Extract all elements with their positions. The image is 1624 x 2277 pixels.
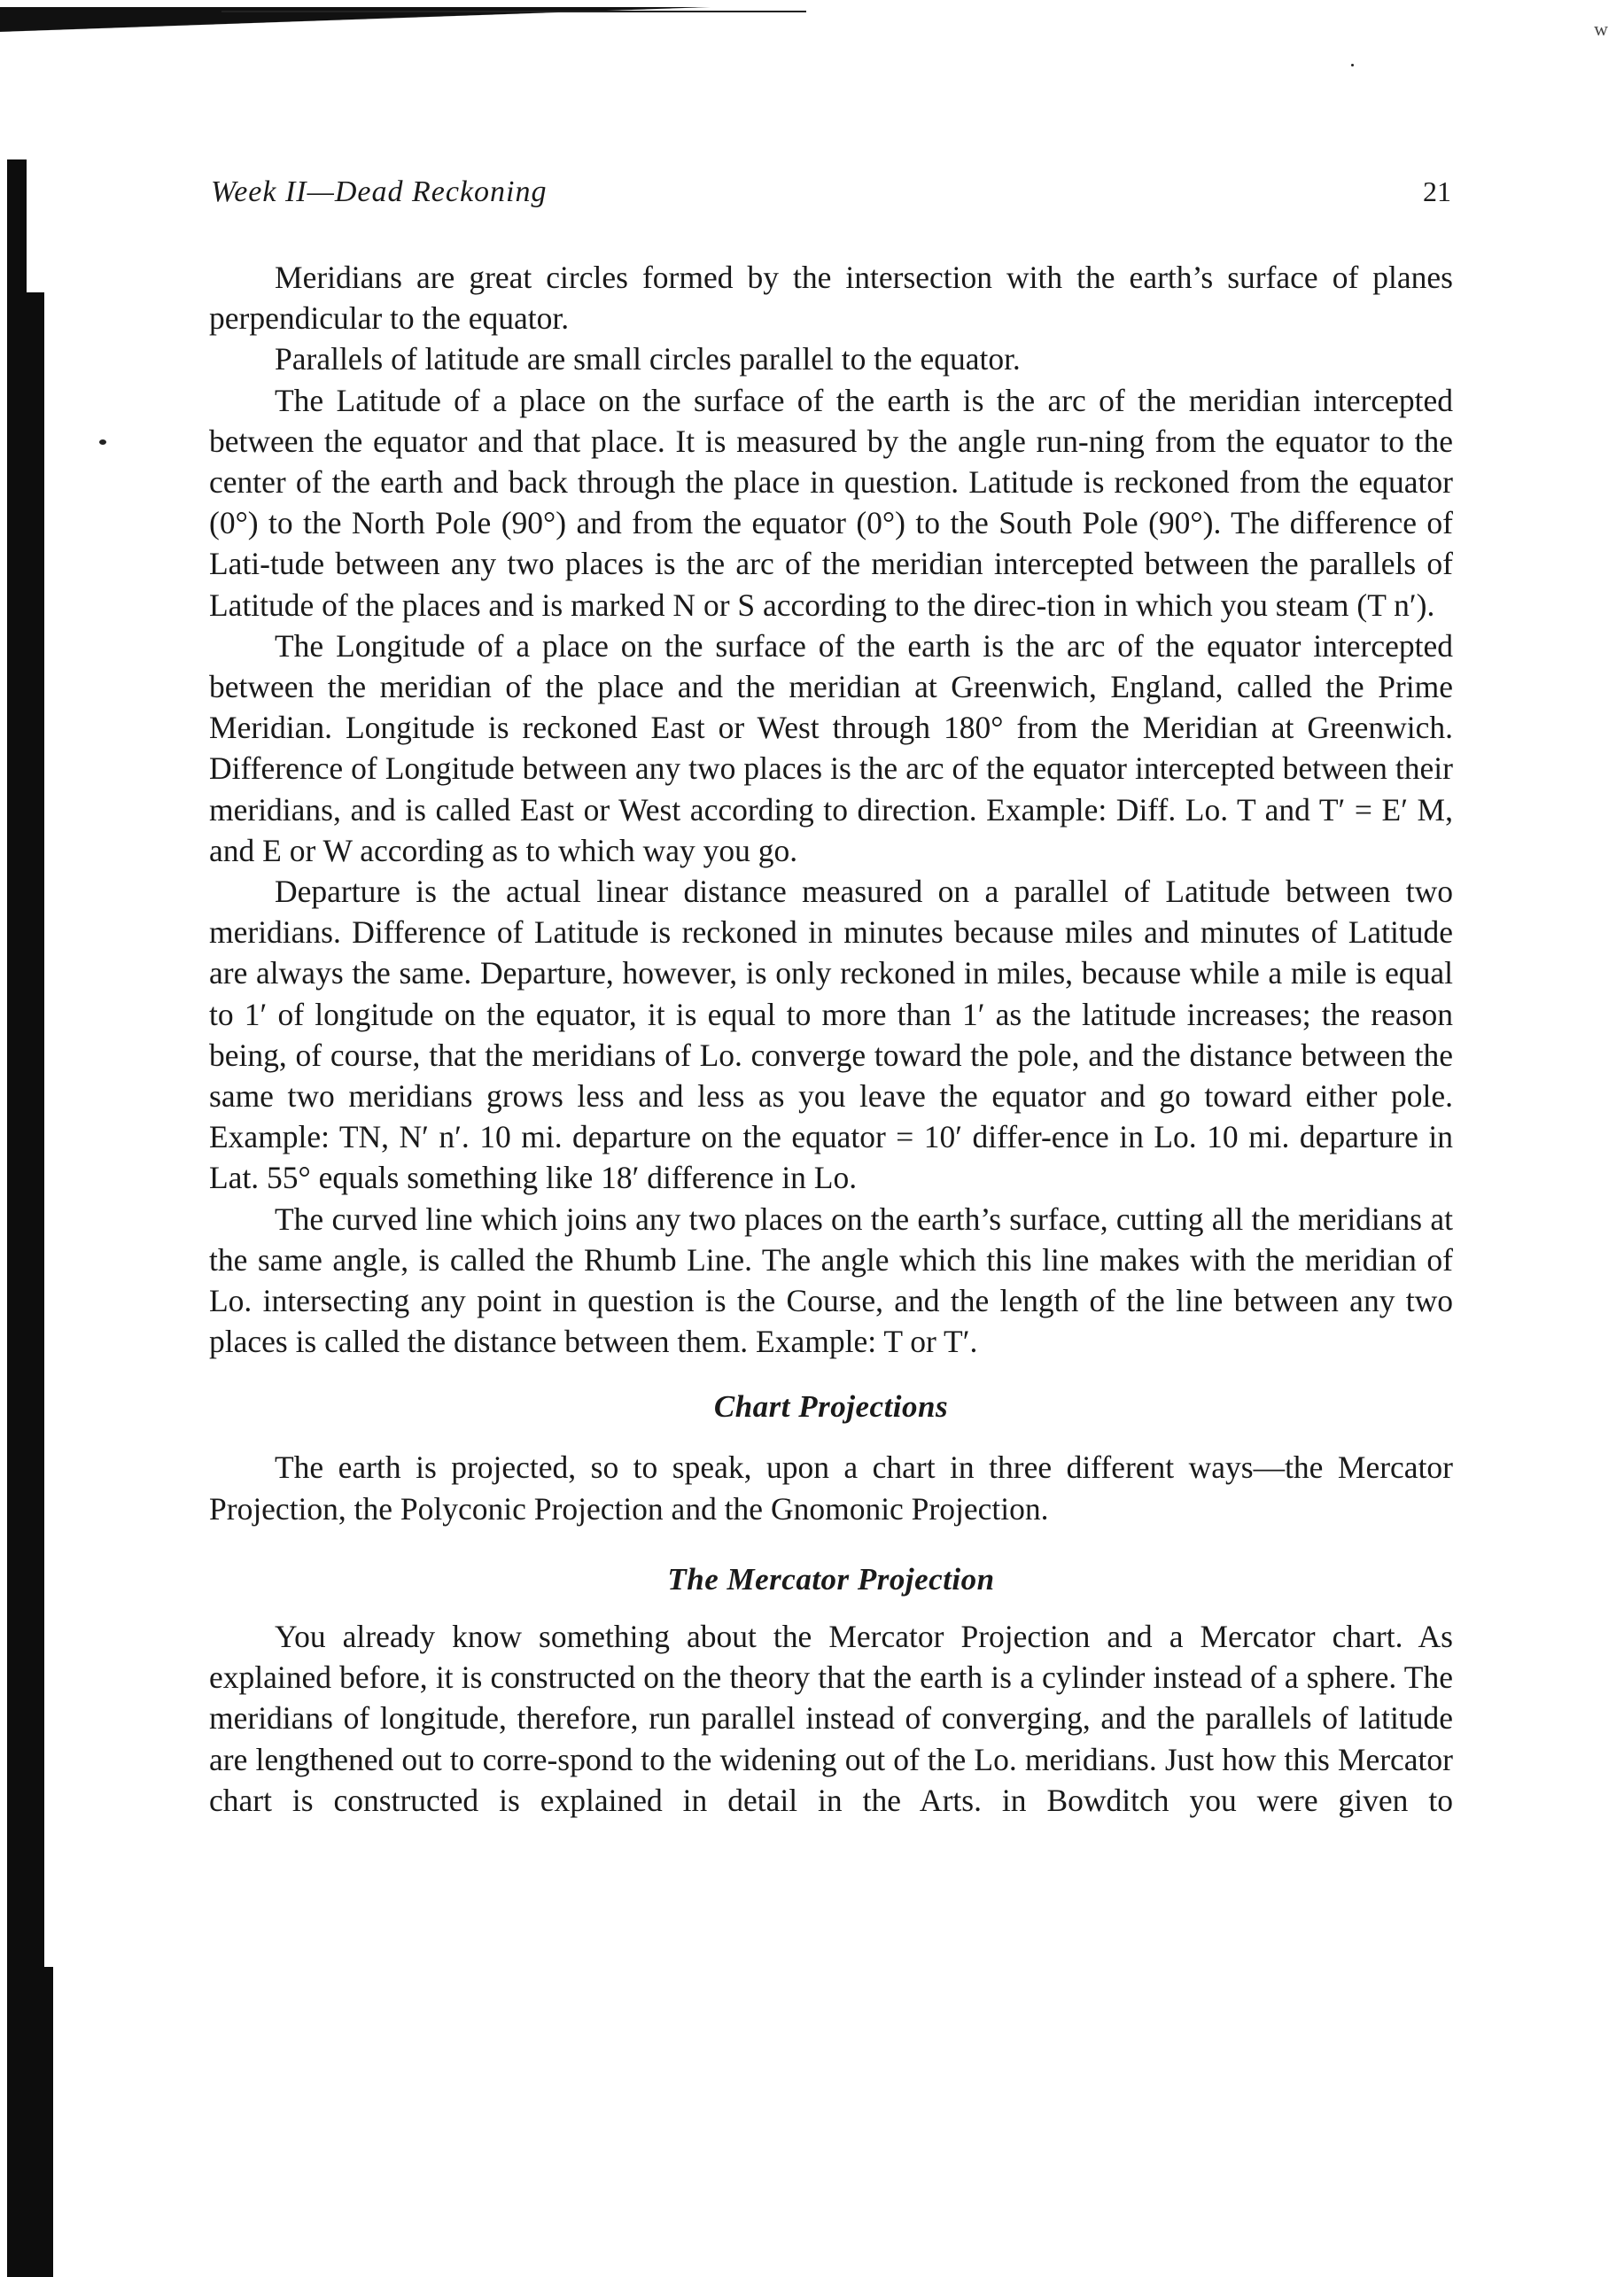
corner-mark: w xyxy=(1594,18,1608,41)
paragraph-longitude: The Longitude of a place on the surface … xyxy=(209,626,1453,871)
scan-edge-line xyxy=(221,11,806,12)
section-heading-chart-projections: Chart Projections xyxy=(209,1387,1453,1427)
paragraph-rhumb-line: The curved line which joins any two plac… xyxy=(209,1199,1453,1363)
paragraph-parallels: Parallels of latitude are small circles … xyxy=(209,338,1453,379)
binding-shadow-lower xyxy=(12,292,44,1976)
running-title: Week II—Dead Reckoning xyxy=(211,175,547,209)
paragraph-departure: Departure is the actual linear distance … xyxy=(209,871,1453,1199)
ink-speck xyxy=(1351,64,1354,66)
paragraph-mercator: You already know something about the Mer… xyxy=(209,1616,1453,1821)
paragraph-chart-projections: The earth is projected, so to speak, upo… xyxy=(209,1447,1453,1528)
binding-shadow-bottom xyxy=(18,1967,53,2277)
paragraph-latitude: The Latitude of a place on the surface o… xyxy=(209,380,1453,626)
body-text: Meridians are great circles formed by th… xyxy=(209,257,1453,1821)
departure-text: Departure is the actual linear distance … xyxy=(209,874,1453,1195)
page-number: 21 xyxy=(1423,175,1451,208)
ink-speck xyxy=(99,439,106,445)
paragraph-meridians: Meridians are great circles formed by th… xyxy=(209,257,1453,338)
running-head: Week II—Dead Reckoning 21 xyxy=(211,175,1451,220)
section-heading-mercator-projection: The Mercator Projection xyxy=(209,1559,1453,1600)
